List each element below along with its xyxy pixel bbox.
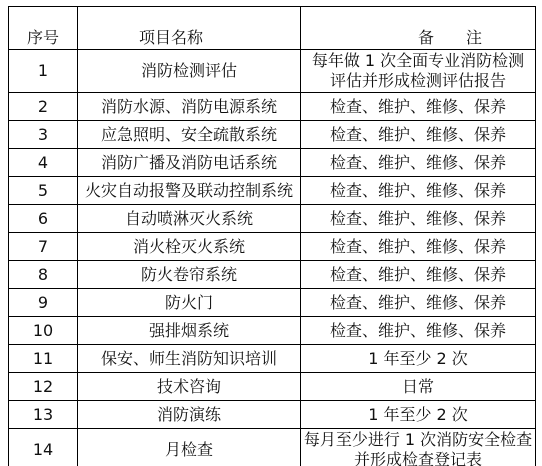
serial-cell: 5 [9, 177, 78, 205]
serial-cell: 2 [9, 93, 78, 121]
remark-cell: 日常 [301, 373, 536, 401]
table-row: 14 月检查 每月至少进行 1 次消防安全检查 并形成检查登记表 [9, 429, 536, 466]
project-name-cell: 消防检测评估 [78, 50, 301, 93]
remark-cell: 检查、维护、维修、保养 [301, 93, 536, 121]
remark-cell: 检查、维护、维修、保养 [301, 121, 536, 149]
table-row: 13 消防演练 1 年至少 2 次 [9, 401, 536, 429]
serial-cell: 11 [9, 345, 78, 373]
remark-header-cell: 备 注 [301, 7, 536, 50]
table-row: 10 强排烟系统 检查、维护、维修、保养 [9, 317, 536, 345]
project-name-cell: 强排烟系统 [78, 317, 301, 345]
table-row: 12 技术咨询 日常 [9, 373, 536, 401]
project-name-cell: 消防广播及消防电话系统 [78, 149, 301, 177]
project-name-cell: 自动喷淋灭火系统 [78, 205, 301, 233]
remark-cell: 检查、维护、维修、保养 [301, 261, 536, 289]
remark-cell: 检查、维护、维修、保养 [301, 289, 536, 317]
remark-cell: 1 年至少 2 次 [301, 345, 536, 373]
project-name-cell: 保安、师生消防知识培训 [78, 345, 301, 373]
serial-cell: 1 [9, 50, 78, 93]
table-row: 6 自动喷淋灭火系统 检查、维护、维修、保养 [9, 205, 536, 233]
project-name-cell: 防火门 [78, 289, 301, 317]
project-name-cell: 技术咨询 [78, 373, 301, 401]
header-row: 序号 项目名称 备 注 [9, 7, 536, 50]
project-name-cell: 防火卷帘系统 [78, 261, 301, 289]
remark-cell: 检查、维护、维修、保养 [301, 317, 536, 345]
project-name-cell: 月检查 [78, 429, 301, 466]
serial-cell: 4 [9, 149, 78, 177]
document-page: 序号 项目名称 备 注 1 消防检测评估 每年做 1 次全面专业消防检测 评估并… [0, 0, 542, 466]
serial-header-label: 序号 [27, 28, 59, 47]
serial-cell: 13 [9, 401, 78, 429]
project-name-cell: 消火栓灭火系统 [78, 233, 301, 261]
table-row: 11 保安、师生消防知识培训 1 年至少 2 次 [9, 345, 536, 373]
serial-cell: 14 [9, 429, 78, 466]
table-row: 5 火灾自动报警及联动控制系统 检查、维护、维修、保养 [9, 177, 536, 205]
table-row: 8 防火卷帘系统 检查、维护、维修、保养 [9, 261, 536, 289]
remark-cell: 检查、维护、维修、保养 [301, 177, 536, 205]
remark-cell: 检查、维护、维修、保养 [301, 149, 536, 177]
table-row: 7 消火栓灭火系统 检查、维护、维修、保养 [9, 233, 536, 261]
remark-cell: 1 年至少 2 次 [301, 401, 536, 429]
serial-cell: 3 [9, 121, 78, 149]
table-row: 3 应急照明、安全疏散系统 检查、维护、维修、保养 [9, 121, 536, 149]
serial-cell: 10 [9, 317, 78, 345]
remark-cell: 检查、维护、维修、保养 [301, 233, 536, 261]
table-row: 1 消防检测评估 每年做 1 次全面专业消防检测 评估并形成检测评估报告 [9, 50, 536, 93]
table-body: 1 消防检测评估 每年做 1 次全面专业消防检测 评估并形成检测评估报告 2 消… [9, 50, 536, 466]
serial-cell: 12 [9, 373, 78, 401]
table-row: 4 消防广播及消防电话系统 检查、维护、维修、保养 [9, 149, 536, 177]
table-row: 9 防火门 检查、维护、维修、保养 [9, 289, 536, 317]
remark-cell: 每年做 1 次全面专业消防检测 评估并形成检测评估报告 [301, 50, 536, 93]
table-row: 2 消防水源、消防电源系统 检查、维护、维修、保养 [9, 93, 536, 121]
serial-cell: 9 [9, 289, 78, 317]
serial-cell: 7 [9, 233, 78, 261]
remark-cell: 每月至少进行 1 次消防安全检查 并形成检查登记表 [301, 429, 536, 466]
remark-cell: 检查、维护、维修、保养 [301, 205, 536, 233]
project-name-cell: 消防水源、消防电源系统 [78, 93, 301, 121]
serial-header-cell: 序号 [9, 7, 78, 50]
project-name-cell: 消防演练 [78, 401, 301, 429]
serial-cell: 8 [9, 261, 78, 289]
serial-cell: 6 [9, 205, 78, 233]
project-name-cell: 火灾自动报警及联动控制系统 [78, 177, 301, 205]
remark-header-label: 备 注 [418, 28, 482, 47]
project-name-header-label: 项目名称 [139, 28, 203, 47]
fire-maintenance-table: 序号 项目名称 备 注 1 消防检测评估 每年做 1 次全面专业消防检测 评估并… [8, 6, 536, 466]
project-name-cell: 应急照明、安全疏散系统 [78, 121, 301, 149]
project-name-header-cell: 项目名称 [78, 7, 301, 50]
